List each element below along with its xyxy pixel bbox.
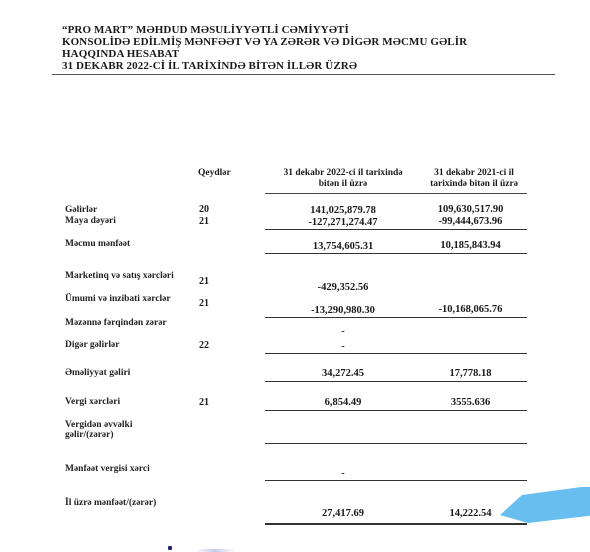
column-header-2022-line1: 31 dekabr 2022-ci il tarixində — [268, 168, 418, 179]
row-value-2022: - — [268, 341, 418, 353]
subtotal-rule — [265, 381, 527, 382]
row-value-2021: 17,778.18 — [408, 368, 533, 380]
row-value-2021: -10,168,065.76 — [408, 304, 533, 316]
subtotal-rule — [265, 443, 527, 444]
row-label: Məcmu mənfəət — [65, 239, 175, 249]
table-row-other-income: Digər gəlirlər 22 - — [0, 340, 590, 370]
subtotal-rule — [265, 229, 527, 230]
table-row-operating-income: Əməliyyat gəliri 34,272.45 17,778.18 — [0, 368, 590, 398]
row-value-2021: 3555.636 — [408, 397, 533, 409]
column-header-2022-line2: bitən il üzrə — [268, 179, 418, 190]
row-label: Ümumi və inzibati xərclər — [65, 294, 175, 304]
subtotal-rule — [265, 353, 527, 354]
row-value-2022: 13,754,605.31 — [268, 241, 418, 253]
column-header-2021-line1: 31 dekabr 2021-ci il — [418, 168, 530, 179]
row-note: 21 — [199, 216, 209, 227]
subtotal-rule — [265, 253, 527, 254]
row-value-2022: -127,271,274.47 — [268, 217, 418, 229]
row-value-2021: -99,444,673.96 — [408, 216, 533, 228]
row-value-2022: 27,417.69 — [268, 508, 418, 520]
row-label: Digər gəlirlər — [65, 340, 175, 350]
header-divider — [52, 74, 555, 75]
row-note: 21 — [199, 276, 209, 287]
company-name: “PRO MART” MƏHDUD MƏSULİYYƏTLİ CƏMİYYƏTİ — [62, 24, 555, 36]
row-value-2022: - — [268, 468, 418, 480]
row-label: Marketinq və satış xərcləri — [65, 271, 175, 281]
row-value-2022: - — [268, 326, 418, 338]
row-value-2021: 109,630,517.90 — [408, 204, 533, 216]
total-rule — [265, 523, 527, 525]
row-note: 21 — [199, 298, 209, 309]
row-label: Vergi xərcləri — [65, 397, 175, 407]
row-label: İl üzrə mənfəət/(zərər) — [65, 498, 175, 508]
row-value-2022: -429,352.56 — [268, 282, 418, 294]
row-value-2022: 34,272.45 — [268, 368, 418, 380]
row-note: 21 — [199, 397, 209, 408]
table-row-profit-before-tax: Vergidən əvvəlki gəlir/(zərər) — [0, 420, 590, 450]
table-row-gross-profit: Məcmu mənfəət 13,754,605.31 10,185,843.9… — [0, 239, 590, 269]
statement-period: 31 DEKABR 2022-Cİ İL TARİXİNDƏ BİTƏN İLL… — [62, 60, 555, 72]
row-value-2022: -13,290,980.30 — [268, 305, 418, 317]
statement-header: “PRO MART” MƏHDUD MƏSULİYYƏTLİ CƏMİYYƏTİ… — [62, 24, 555, 72]
column-header-divider — [265, 193, 527, 194]
document-page: “PRO MART” MƏHDUD MƏSULİYYƏTLİ CƏMİYYƏTİ… — [0, 0, 590, 552]
column-header-2021-line2: tarixində bitən il üzrə — [418, 179, 530, 190]
subtotal-rule — [265, 480, 527, 481]
row-label: Vergidən əvvəlki gəlir/(zərər) — [65, 420, 175, 440]
statement-title: KONSOLİDƏ EDİLMİŞ MƏNFƏƏT VƏ YA ZƏRƏR VƏ… — [62, 36, 555, 48]
column-header-notes: Qeydlər — [198, 168, 231, 179]
row-value-2022: 6,854.49 — [268, 397, 418, 409]
subtotal-rule — [265, 410, 527, 411]
statement-title-cont: HAQQINDA HESABAT — [62, 48, 555, 60]
row-value-2021: 10,185,843.94 — [408, 240, 533, 252]
column-header-2021: 31 dekabr 2021-ci il tarixində bitən il … — [418, 168, 530, 190]
row-label: Maya dəyəri — [65, 216, 175, 226]
row-note: 22 — [199, 340, 209, 351]
row-label: Gəlirlər — [65, 205, 175, 215]
highlighter-mark-icon — [496, 487, 590, 537]
row-note: 20 — [199, 204, 209, 215]
row-label: Mənfəət vergisi xərci — [65, 464, 205, 474]
row-label: Məzənnə fərqindən zərər — [65, 318, 175, 328]
column-header-2022: 31 dekabr 2022-ci il tarixində bitən il … — [268, 168, 418, 190]
signature-mark — [168, 546, 172, 550]
row-label: Əməliyyat gəliri — [65, 368, 175, 378]
